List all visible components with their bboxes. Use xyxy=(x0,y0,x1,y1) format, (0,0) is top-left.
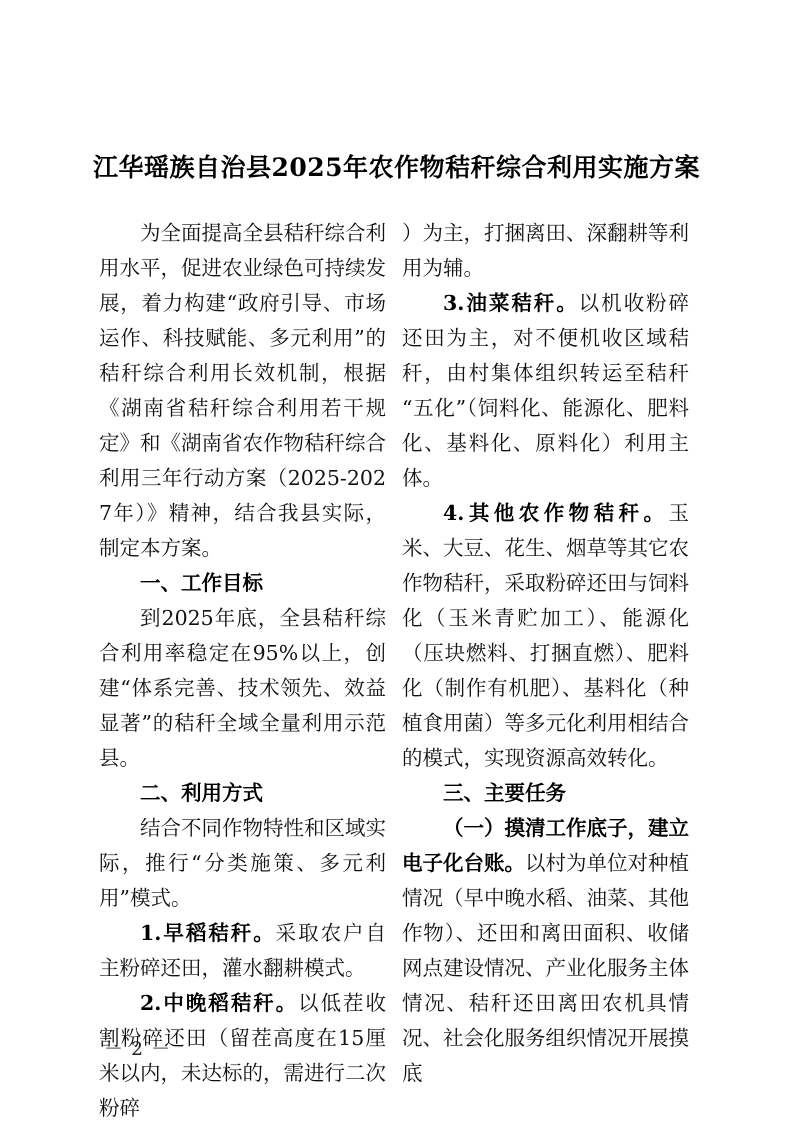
bold-run: 1.早稻秸秆。 xyxy=(140,921,276,945)
text-run: 以机收粉碎还田为主，对不便机收区域秸秆，由村集体组织转运至秸秆“五化”（饲料化、… xyxy=(402,291,689,490)
text-run: 到2025年底，全县秸秆综合利用率稳定在95%以上，创建“体系完善、技术领先、效… xyxy=(99,606,386,770)
bold-run: 三、主要任务 xyxy=(443,781,566,805)
document-title: 江华瑶族自治县2025年农作物秸秆综合利用实施方案 xyxy=(0,148,793,184)
paragraph: （一）摸清工作底子，建立电子化台账。以村为单位对种植情况（早中晚水稻、油菜、其他… xyxy=(402,811,689,1091)
document-page: 江华瑶族自治县2025年农作物秸秆综合利用实施方案 为全面提高全县秸秆综合利用水… xyxy=(0,0,793,1122)
section-heading: 二、利用方式 xyxy=(99,776,386,811)
page-number: － 2 － xyxy=(104,1034,171,1061)
paragraph: 结合不同作物特性和区域实际，推行“分类施策、多元利用”模式。 xyxy=(99,811,386,916)
bold-run: 二、利用方式 xyxy=(140,781,263,805)
paragraph: 3.油菜秸秆。以机收粉碎还田为主，对不便机收区域秸秆，由村集体组织转运至秸秆“五… xyxy=(402,286,689,496)
text-column-left: 为全面提高全县秸秆综合利用水平，促进农业绿色可持续发展，着力构建“政府引导、市场… xyxy=(99,216,386,1122)
text-column-right: ）为主，打捆离田、深翻耕等利用为辅。3.油菜秸秆。以机收粉碎还田为主，对不便机收… xyxy=(402,216,689,1122)
bold-run: 一、工作目标 xyxy=(140,571,263,595)
section-heading: 三、主要任务 xyxy=(402,776,689,811)
paragraph: 1.早稻秸秆。采取农户自主粉碎还田，灌水翻耕模式。 xyxy=(99,916,386,986)
text-run: 结合不同作物特性和区域实际，推行“分类施策、多元利用”模式。 xyxy=(99,816,386,910)
section-heading: 一、工作目标 xyxy=(99,566,386,601)
text-run: 玉米、大豆、花生、烟草等其它农作物秸秆，采取粉碎还田与饲料化（玉米青贮加工）、能… xyxy=(402,501,689,770)
text-run: 以村为单位对种植情况（早中晚水稻、油菜、其他作物）、还田和离田面积、收储网点建设… xyxy=(402,851,689,1085)
bold-run: 2.中晚稻秸秆。 xyxy=(140,991,298,1015)
document-body: 为全面提高全县秸秆综合利用水平，促进农业绿色可持续发展，着力构建“政府引导、市场… xyxy=(99,216,689,1122)
paragraph: 到2025年底，全县秸秆综合利用率稳定在95%以上，创建“体系完善、技术领先、效… xyxy=(99,601,386,776)
paragraph: 4.其他农作物秸秆。玉米、大豆、花生、烟草等其它农作物秸秆，采取粉碎还田与饲料化… xyxy=(402,496,689,776)
paragraph: 为全面提高全县秸秆综合利用水平，促进农业绿色可持续发展，着力构建“政府引导、市场… xyxy=(99,216,386,566)
bold-run: 4.其他农作物秸秆。 xyxy=(443,501,669,525)
bold-run: 3.油菜秸秆。 xyxy=(443,291,579,315)
text-run: 为全面提高全县秸秆综合利用水平，促进农业绿色可持续发展，着力构建“政府引导、市场… xyxy=(99,221,386,560)
text-run: ）为主，打捆离田、深翻耕等利用为辅。 xyxy=(402,221,689,280)
paragraph: ）为主，打捆离田、深翻耕等利用为辅。 xyxy=(402,216,689,286)
